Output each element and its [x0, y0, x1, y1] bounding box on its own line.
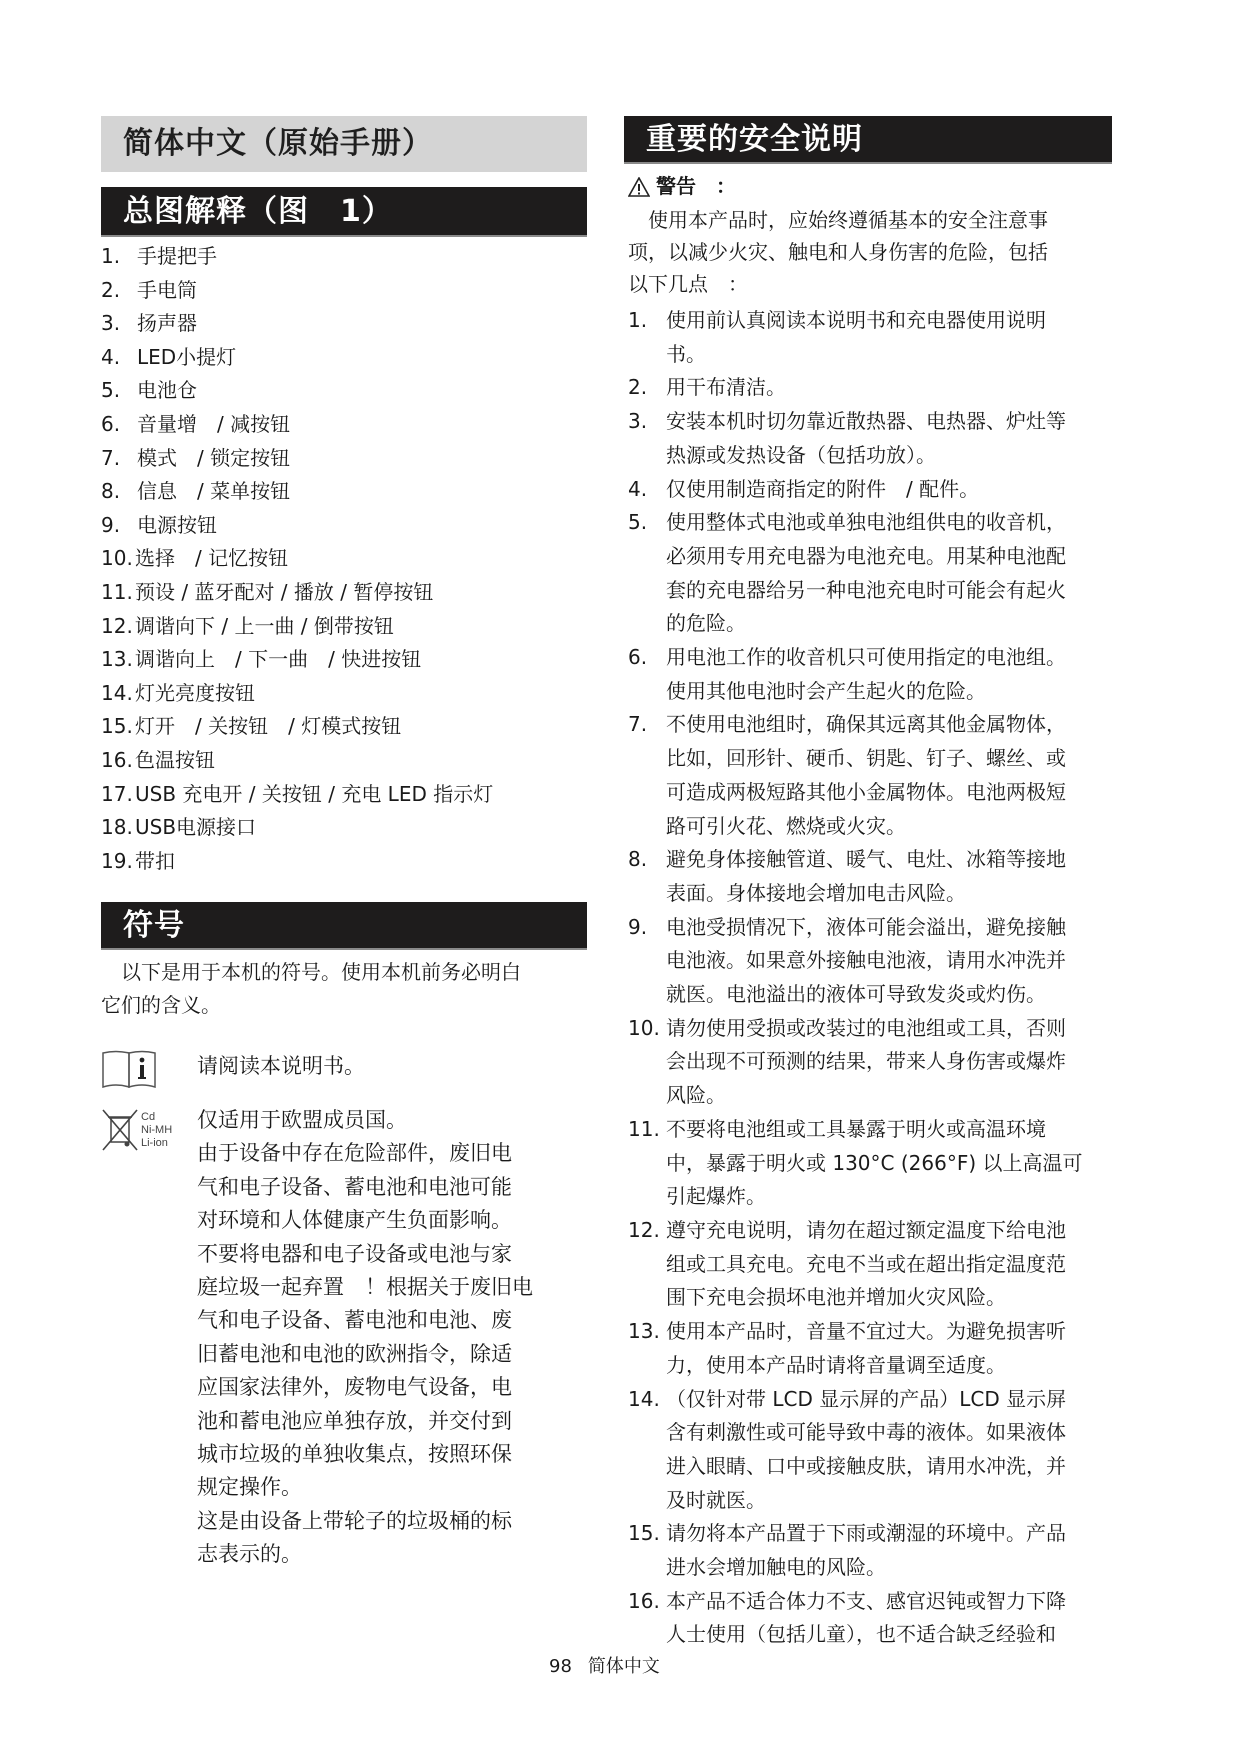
safety-item-line: 用电池工作的收音机只可使用指定的电池组。: [666, 641, 1114, 675]
parts-list-item: 17.USB 充电开 / 关按钮 / 充电 LED 指示灯: [101, 778, 493, 812]
safety-item-line: 本产品不适合体力不支、感官迟钝或智力下降: [666, 1585, 1114, 1619]
item-number: 3.: [101, 307, 137, 341]
safety-item-line: 就医。电池溢出的液体可导致发炎或灼伤。: [666, 978, 1114, 1012]
weee-line: 这是由设备上带轮子的垃圾桶的标: [197, 1505, 589, 1538]
safety-item: 5.使用整体式电池或单独电池组供电的收音机，必须用专用充电器为电池充电。用某种电…: [624, 506, 1114, 641]
safety-item-line: 进水会增加触电的风险。: [666, 1551, 1114, 1585]
safety-item-line: 会出现不可预测的结果，带来人身伤害或爆炸: [666, 1045, 1114, 1079]
item-label: 手电筒: [137, 278, 197, 302]
safety-item-line: 风险。: [666, 1079, 1114, 1113]
item-number: 2.: [101, 274, 137, 308]
item-number: 14.: [628, 1383, 660, 1417]
item-label: 预设 / 蓝牙配对 / 播放 / 暂停按钮: [135, 580, 433, 604]
item-label: 模式 / 锁定按钮: [137, 446, 290, 470]
intro-line: 以下几点 ：: [628, 268, 1118, 300]
safety-item-line: 引起爆炸。: [666, 1180, 1114, 1214]
parts-list-item: 18.USB电源接口: [101, 811, 493, 845]
intro-line: 以下是用于本机的符号。使用本机前务必明白: [101, 956, 587, 989]
parts-list-item: 19.带扣: [101, 845, 493, 879]
safety-item-line: 安装本机时切勿靠近散热器、电热器、炉灶等: [666, 405, 1114, 439]
parts-list-item: 10.选择 / 记忆按钮: [101, 542, 493, 576]
safety-item-line: 书。: [666, 338, 1114, 372]
safety-item-line: 不使用电池组时，确保其远离其他金属物体，: [666, 708, 1114, 742]
safety-item-line: 围下充电会损坏电池并增加火灾风险。: [666, 1281, 1114, 1315]
safety-item-line: 电池受损情况下，液体可能会溢出，避免接触: [666, 911, 1114, 945]
parts-list-item: 16.色温按钮: [101, 744, 493, 778]
item-number: 8.: [101, 475, 137, 509]
safety-heading: 重要的安全说明: [624, 116, 1112, 164]
item-number: 19.: [101, 845, 135, 879]
item-number: 8.: [628, 843, 647, 877]
item-number: 9.: [628, 911, 647, 945]
safety-item-line: 含有刺激性或可能导致中毒的液体。如果液体: [666, 1416, 1114, 1450]
read-manual-icon: [101, 1049, 157, 1093]
safety-item-line: 请勿将本产品置于下雨或潮湿的环境中。产品: [666, 1517, 1114, 1551]
item-number: 10.: [101, 542, 135, 576]
item-label: 电源按钮: [137, 513, 217, 537]
safety-item: 14.（仅针对带 LCD 显示屏的产品）LCD 显示屏含有刺激性或可能导致中毒的…: [624, 1383, 1114, 1518]
safety-intro: 使用本产品时，应始终遵循基本的安全注意事 项，以减少火灾、触电和人身伤害的危险，…: [628, 204, 1118, 300]
parts-list-item: 14.灯光亮度按钮: [101, 677, 493, 711]
icon-label: Cd: [141, 1111, 155, 1123]
item-number: 1.: [101, 240, 137, 274]
item-number: 13.: [628, 1315, 660, 1349]
item-label: 灯开 / 关按钮 / 灯模式按钮: [135, 714, 401, 738]
item-number: 2.: [628, 371, 647, 405]
weee-line: 气和电子设备、蓄电池和电池、废: [197, 1304, 589, 1337]
safety-item-line: 中，暴露于明火或 130°C (266°F) 以上高温可: [666, 1147, 1114, 1181]
svg-text:Ni-MH: Ni-MH: [141, 1124, 172, 1136]
parts-list-item: 11.预设 / 蓝牙配对 / 播放 / 暂停按钮: [101, 576, 493, 610]
item-number: 12.: [628, 1214, 660, 1248]
item-label: 调谐向下 / 上一曲 / 倒带按钮: [135, 614, 394, 638]
item-number: 7.: [628, 708, 647, 742]
safety-item: 11.不要将电池组或工具暴露于明火或高温环境中，暴露于明火或 130°C (26…: [624, 1113, 1114, 1214]
safety-item: 6.用电池工作的收音机只可使用指定的电池组。使用其他电池时会产生起火的危险。: [624, 641, 1114, 708]
safety-item-line: 请勿使用受损或改装过的电池组或工具，否则: [666, 1012, 1114, 1046]
item-label: 电池仓: [137, 378, 197, 402]
safety-item: 15.请勿将本产品置于下雨或潮湿的环境中。产品进水会增加触电的风险。: [624, 1517, 1114, 1584]
safety-item-line: 使用整体式电池或单独电池组供电的收音机，: [666, 506, 1114, 540]
item-number: 5.: [101, 374, 137, 408]
safety-item-line: 遵守充电说明，请勿在超过额定温度下给电池: [666, 1214, 1114, 1248]
safety-item-line: 进入眼睛、口中或接触皮肤，请用水冲洗，并: [666, 1450, 1114, 1484]
safety-list: 1.使用前认真阅读本说明书和充电器使用说明书。2.用干布清洁。3.安装本机时切勿…: [624, 304, 1114, 1652]
safety-item-line: 不要将电池组或工具暴露于明火或高温环境: [666, 1113, 1114, 1147]
item-number: 16.: [628, 1585, 660, 1619]
item-number: 3.: [628, 405, 647, 439]
weee-text: 仅适用于欧盟成员国。由于设备中存在危险部件，废旧电气和电子设备、蓄电池和电池可能…: [197, 1104, 589, 1572]
weee-line: 规定操作。: [197, 1471, 589, 1504]
safety-item-line: （仅针对带 LCD 显示屏的产品）LCD 显示屏: [666, 1383, 1114, 1417]
safety-item: 13.使用本产品时，音量不宜过大。为避免损害听力，使用本产品时请将音量调至适度。: [624, 1315, 1114, 1382]
item-label: USB 充电开 / 关按钮 / 充电 LED 指示灯: [135, 782, 493, 806]
weee-line: 对环境和人体健康产生负面影响。: [197, 1204, 589, 1237]
safety-item-line: 必须用专用充电器为电池充电。用某种电池配: [666, 540, 1114, 574]
weee-line: 气和电子设备、蓄电池和电池可能: [197, 1171, 589, 1204]
safety-item-line: 可造成两极短路其他小金属物体。电池两极短: [666, 776, 1114, 810]
item-number: 13.: [101, 643, 135, 677]
safety-item-line: 比如，回形针、硬币、钥匙、钉子、螺丝、或: [666, 742, 1114, 776]
safety-item: 16.本产品不适合体力不支、感官迟钝或智力下降人士使用（包括儿童），也不适合缺乏…: [624, 1585, 1114, 1652]
symbols-intro: 以下是用于本机的符号。使用本机前务必明白 它们的含义。: [101, 956, 587, 1023]
parts-list-item: 9.电源按钮: [101, 509, 493, 543]
weee-line: 旧蓄电池和电池的欧洲指令，除适: [197, 1338, 589, 1371]
safety-item: 12.遵守充电说明，请勿在超过额定温度下给电池组或工具充电。充电不当或在超出指定…: [624, 1214, 1114, 1315]
safety-item-line: 使用前认真阅读本说明书和充电器使用说明: [666, 304, 1114, 338]
item-label: 手提把手: [137, 244, 217, 268]
read-manual-text: 请阅读本说明书。: [197, 1050, 589, 1083]
parts-list-item: 15.灯开 / 关按钮 / 灯模式按钮: [101, 710, 493, 744]
safety-item-line: 热源或发热设备（包括功放）。: [666, 439, 1114, 473]
parts-list-item: 3.扬声器: [101, 307, 493, 341]
item-label: LED小提灯: [137, 345, 236, 369]
warning-text: 警告 ：: [656, 174, 736, 198]
safety-item-line: 人士使用（包括儿童），也不适合缺乏经验和: [666, 1618, 1114, 1652]
item-label: 带扣: [135, 849, 175, 873]
weee-line: 不要将电器和电子设备或电池与家: [197, 1238, 589, 1271]
parts-list-item: 5.电池仓: [101, 374, 493, 408]
page-footer: 98简体中文: [549, 1652, 676, 1678]
item-number: 18.: [101, 811, 135, 845]
item-label: 灯光亮度按钮: [135, 681, 255, 705]
safety-item: 10.请勿使用受损或改装过的电池组或工具，否则会出现不可预测的结果，带来人身伤害…: [624, 1012, 1114, 1113]
crossed-bin-icon: Cd Ni-MH Li-ion: [101, 1108, 181, 1158]
safety-item-line: 的危险。: [666, 607, 1114, 641]
document-title: 简体中文（原始手册）: [101, 116, 587, 172]
parts-list: 1.手提把手2.手电筒3.扬声器4.LED小提灯5.电池仓6.音量增 / 减按钮…: [101, 240, 493, 878]
svg-text:Li-ion: Li-ion: [141, 1137, 168, 1149]
safety-item-line: 仅使用制造商指定的附件 / 配件。: [666, 473, 1114, 507]
intro-line: 它们的含义。: [101, 989, 587, 1022]
item-number: 9.: [101, 509, 137, 543]
weee-line: 志表示的。: [197, 1538, 589, 1571]
item-number: 15.: [101, 710, 135, 744]
overview-heading: 总图解释（图 1）: [101, 187, 587, 237]
safety-item-line: 表面。身体接地会增加电击风险。: [666, 877, 1114, 911]
safety-item-line: 路可引火花、燃烧或火灾。: [666, 810, 1114, 844]
item-number: 6.: [101, 408, 137, 442]
page-number: 98: [549, 1656, 572, 1677]
weee-line: 城市垃圾的单独收集点，按照环保: [197, 1438, 589, 1471]
item-label: 扬声器: [137, 311, 197, 335]
safety-item: 7.不使用电池组时，确保其远离其他金属物体，比如，回形针、硬币、钥匙、钉子、螺丝…: [624, 708, 1114, 843]
safety-item-line: 使用其他电池时会产生起火的危险。: [666, 675, 1114, 709]
safety-item: 1.使用前认真阅读本说明书和充电器使用说明书。: [624, 304, 1114, 371]
parts-list-item: 13.调谐向上 / 下一曲 / 快进按钮: [101, 643, 493, 677]
safety-item-line: 套的充电器给另一种电池充电时可能会有起火: [666, 574, 1114, 608]
item-number: 11.: [628, 1113, 660, 1147]
item-number: 17.: [101, 778, 135, 812]
item-number: 6.: [628, 641, 647, 675]
item-number: 16.: [101, 744, 135, 778]
safety-item-line: 力，使用本产品时请将音量调至适度。: [666, 1349, 1114, 1383]
item-label: 调谐向上 / 下一曲 / 快进按钮: [135, 647, 421, 671]
parts-list-item: 7.模式 / 锁定按钮: [101, 442, 493, 476]
intro-line: 使用本产品时，应始终遵循基本的安全注意事: [628, 204, 1118, 236]
weee-line: 池和蓄电池应单独存放，并交付到: [197, 1405, 589, 1438]
warning-label: 警告 ：: [628, 172, 736, 200]
item-label: 信息 / 菜单按钮: [137, 479, 290, 503]
safety-item-line: 电池液。如果意外接触电池液，请用水冲洗并: [666, 944, 1114, 978]
safety-item-line: 使用本产品时，音量不宜过大。为避免损害听: [666, 1315, 1114, 1349]
safety-item-line: 用干布清洁。: [666, 371, 1114, 405]
safety-item: 9.电池受损情况下，液体可能会溢出，避免接触电池液。如果意外接触电池液，请用水冲…: [624, 911, 1114, 1012]
parts-list-item: 6.音量增 / 减按钮: [101, 408, 493, 442]
item-label: 音量增 / 减按钮: [137, 412, 290, 436]
safety-item: 3.安装本机时切勿靠近散热器、电热器、炉灶等热源或发热设备（包括功放）。: [624, 405, 1114, 472]
item-number: 11.: [101, 576, 135, 610]
safety-item: 4.仅使用制造商指定的附件 / 配件。: [624, 473, 1114, 507]
safety-item: 8.避免身体接触管道、暖气、电灶、冰箱等接地表面。身体接地会增加电击风险。: [624, 843, 1114, 910]
footer-language: 简体中文: [588, 1656, 660, 1677]
item-label: USB电源接口: [135, 815, 256, 839]
item-number: 5.: [628, 506, 647, 540]
symbols-heading: 符号: [101, 902, 587, 950]
item-label: 选择 / 记忆按钮: [135, 546, 288, 570]
parts-list-item: 12.调谐向下 / 上一曲 / 倒带按钮: [101, 610, 493, 644]
weee-line: 庭垃圾一起弃置 ！根据关于废旧电: [197, 1271, 589, 1304]
item-number: 12.: [101, 610, 135, 644]
safety-item-line: 组或工具充电。充电不当或在超出指定温度范: [666, 1248, 1114, 1282]
parts-list-item: 4.LED小提灯: [101, 341, 493, 375]
item-number: 1.: [628, 304, 647, 338]
intro-line: 项，以减少火灾、触电和人身伤害的危险，包括: [628, 236, 1118, 268]
item-number: 14.: [101, 677, 135, 711]
item-number: 7.: [101, 442, 137, 476]
warning-triangle-icon: [628, 177, 650, 197]
safety-item-line: 及时就医。: [666, 1484, 1114, 1518]
parts-list-item: 2.手电筒: [101, 274, 493, 308]
item-number: 4.: [101, 341, 137, 375]
item-number: 4.: [628, 473, 647, 507]
parts-list-item: 1.手提把手: [101, 240, 493, 274]
item-number: 10.: [628, 1012, 660, 1046]
parts-list-item: 8.信息 / 菜单按钮: [101, 475, 493, 509]
weee-line: 应国家法律外，废物电气设备，电: [197, 1371, 589, 1404]
item-number: 15.: [628, 1517, 660, 1551]
weee-line: 由于设备中存在危险部件，废旧电: [197, 1137, 589, 1170]
safety-item-line: 避免身体接触管道、暖气、电灶、冰箱等接地: [666, 843, 1114, 877]
weee-line: 仅适用于欧盟成员国。: [197, 1104, 589, 1137]
item-label: 色温按钮: [135, 748, 215, 772]
safety-item: 2.用干布清洁。: [624, 371, 1114, 405]
